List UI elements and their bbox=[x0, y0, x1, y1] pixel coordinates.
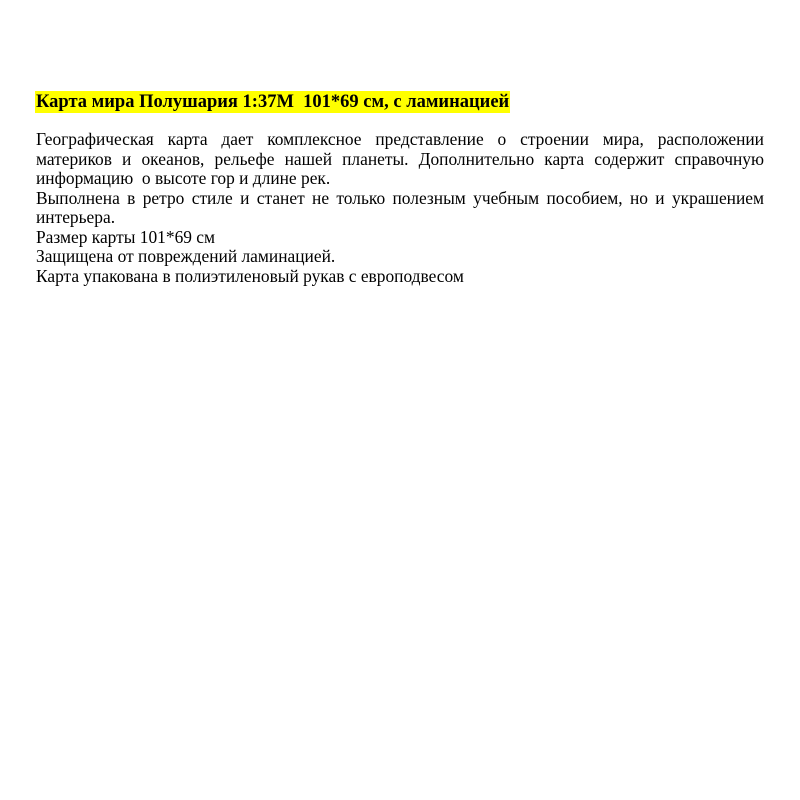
product-description-document: Карта мира Полушария 1:37М 101*69 см, с … bbox=[36, 91, 764, 286]
product-title: Карта мира Полушария 1:37М 101*69 см, с … bbox=[35, 91, 510, 113]
description-paragraph-overview: Географическая карта дает комплексное пр… bbox=[36, 130, 764, 189]
lamination-line: Защищена от повреждений ламинацией. bbox=[36, 247, 764, 267]
description-paragraph-style: Выполнена в ретро стиле и станет не толь… bbox=[36, 189, 764, 228]
description-body: Географическая карта дает комплексное пр… bbox=[36, 130, 764, 286]
map-size-line: Размер карты 101*69 см bbox=[36, 228, 764, 248]
packaging-line: Карта упакована в полиэтиленовый рукав с… bbox=[36, 267, 764, 287]
